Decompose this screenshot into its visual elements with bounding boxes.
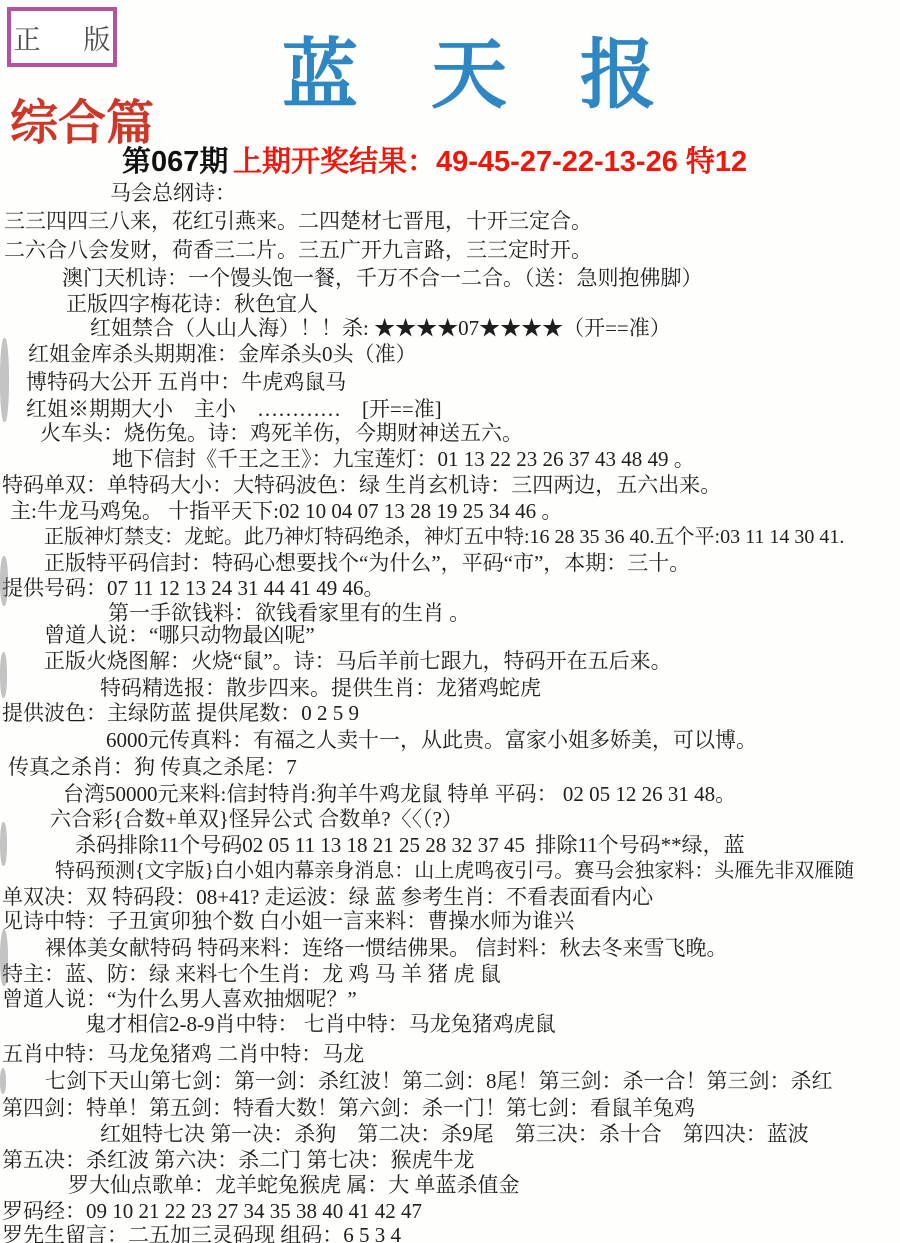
body-line: 罗码经：09 10 21 22 23 27 34 35 38 40 41 42 … — [2, 1198, 422, 1224]
scan-artifact — [0, 930, 8, 986]
body-line: 鬼才相信2-8-9肖中特： 七肖中特：马龙兔猪鸡虎鼠 — [85, 1011, 556, 1037]
body-line: 地下信封《千王之王》：九宝莲灯：01 13 22 23 26 37 43 48 … — [112, 446, 695, 472]
scan-artifact — [0, 652, 7, 698]
body-line: 台湾50000元来料:信封特肖:狗羊牛鸡龙鼠 特单 平码： 02 05 12 2… — [63, 781, 736, 807]
issue-number: 第067期 — [122, 139, 228, 180]
body-line: 正版特平码信封：特码心想要找个“为什么”，平码“市”，本期：三十。 — [44, 550, 690, 576]
body-line: 三三四四三八来，花红引燕来。二四楚材七晋甩，十开三定合。 — [4, 208, 592, 234]
body-line: 裸体美女献特码 特码来料：连络一惯结佛果。 信封料：秋去冬来雪飞晚。 — [45, 935, 728, 961]
body-line: 提供号码：07 11 12 13 24 31 44 41 49 46。 — [2, 575, 384, 601]
body-line: 单双决：双 特码段：08+41? 走运波：绿 蓝 参考生肖：不看表面看内心 — [2, 884, 653, 910]
body-line: 红姐金库杀头期期准：金库杀头0头（准） — [28, 341, 417, 367]
body-line: 七剑下天山第七剑：第一剑：杀红波！第二剑：8尾！第三剑：杀一合！第三剑：杀红 — [45, 1068, 833, 1094]
newspaper-title: 蓝 天 报 — [25, 14, 900, 123]
scan-artifact — [0, 338, 9, 422]
scan-artifact — [0, 822, 7, 866]
body-line: 见诗中特：子丑寅卯独个数 白小姐一言来料：曹操水师为谁兴 — [2, 908, 574, 934]
body-line: 特码精选报：散步四来。提供生肖：龙猪鸡蛇虎 — [100, 675, 541, 701]
body-line: 罗大仙点歌单：龙羊蛇兔猴虎 属：大 单蓝杀值金 — [68, 1172, 520, 1198]
body-line: 正版神灯禁支：龙蛇。此乃神灯特码绝杀，神灯五中特:16 28 35 36 40.… — [44, 524, 844, 550]
body-line: 正版四字梅花诗：秋色宜人 — [66, 291, 318, 317]
scan-artifact — [0, 556, 8, 606]
body-line: 特码预测{文字版}白小姐内幕亲身消息：山上虎鸣夜引弓。赛马会独家料：头雁先非双雁… — [55, 858, 854, 884]
body-line: 提供波色：主绿防蓝 提供尾数：0 2 5 9 — [2, 700, 359, 726]
body-line: 火车头：烧伤兔。诗：鸡死羊伤，今期财神送五六。 — [40, 420, 523, 446]
body-line: 曾道人说：“为什么男人喜欢抽烟呢？” — [2, 986, 357, 1012]
body-line: 马会总纲诗： — [110, 180, 236, 206]
body-line: 红姐※期期大小 主小 ………… [开==准] — [26, 396, 442, 422]
body-line: 6000元传真料：有福之人卖十一，从此贵。富家小姐多娇美，可以博。 — [106, 727, 757, 753]
body-line: 澳门天机诗：一个馒头饱一餐，千万不合一二合。（送：急则抱佛脚） — [62, 265, 703, 291]
body-line: 罗先生留言：二五加三灵码现 组码：6 5 3 4 — [2, 1222, 401, 1243]
body-line: 博特码大公开 五肖中：牛虎鸡鼠马 — [26, 369, 346, 395]
body-line: 六合彩{合数+单双}怪异公式 合数单?〈〈（?） — [50, 806, 463, 832]
newspaper-page: 正 版 蓝 天 报 综合篇 第067期 上期开奖结果：49-45-27-22-1… — [0, 0, 900, 1243]
scan-artifact — [0, 1068, 6, 1094]
body-line: 传真之杀肖：狗 传真之杀尾：7 — [8, 754, 297, 780]
body-line: 特码单双：单特码大小：大特码波色：绿 生肖玄机诗：三四两边，五六出来。 — [2, 472, 721, 498]
body-line: 正版火烧图解：火烧“鼠”。诗：马后羊前七跟九，特码开在五后来。 — [44, 648, 672, 674]
body-line: 特主：蓝、防：绿 来料七个生肖：龙 鸡 马 羊 猪 虎 鼠 — [2, 961, 501, 987]
body-line: 曾道人说：“哪只动物最凶呢” — [44, 622, 315, 648]
body-line: 红姐特七决 第一决：杀狗 第二决：杀9尾 第三决：杀十合 第四决：蓝波 — [100, 1121, 809, 1147]
body-line: 二六合八会发财，荷香三二片。三五广开九言路，三三定时开。 — [4, 237, 592, 263]
body-line: 第四剑：特单！第五剑：特看大数！第六剑：杀一门！第七剑：看鼠羊兔鸡 — [2, 1095, 695, 1121]
body-line: 第五决：杀红波 第六决：杀二门 第七决：猴虎牛龙 — [2, 1147, 475, 1173]
previous-draw-result: 上期开奖结果：49-45-27-22-13-26 特12 — [233, 139, 747, 180]
body-line: 杀码排除11个号码02 05 11 13 18 21 25 28 32 37 4… — [75, 832, 745, 858]
body-line: 红姐禁合（人山人海）！！杀: ★★★★07★★★★（开==准） — [90, 315, 671, 341]
body-line: 主:牛龙马鸡兔。 十指平天下:02 10 04 07 13 28 19 25 3… — [10, 498, 562, 524]
body-line: 五肖中特：马龙兔猪鸡 二肖中特：马龙 — [2, 1041, 364, 1067]
